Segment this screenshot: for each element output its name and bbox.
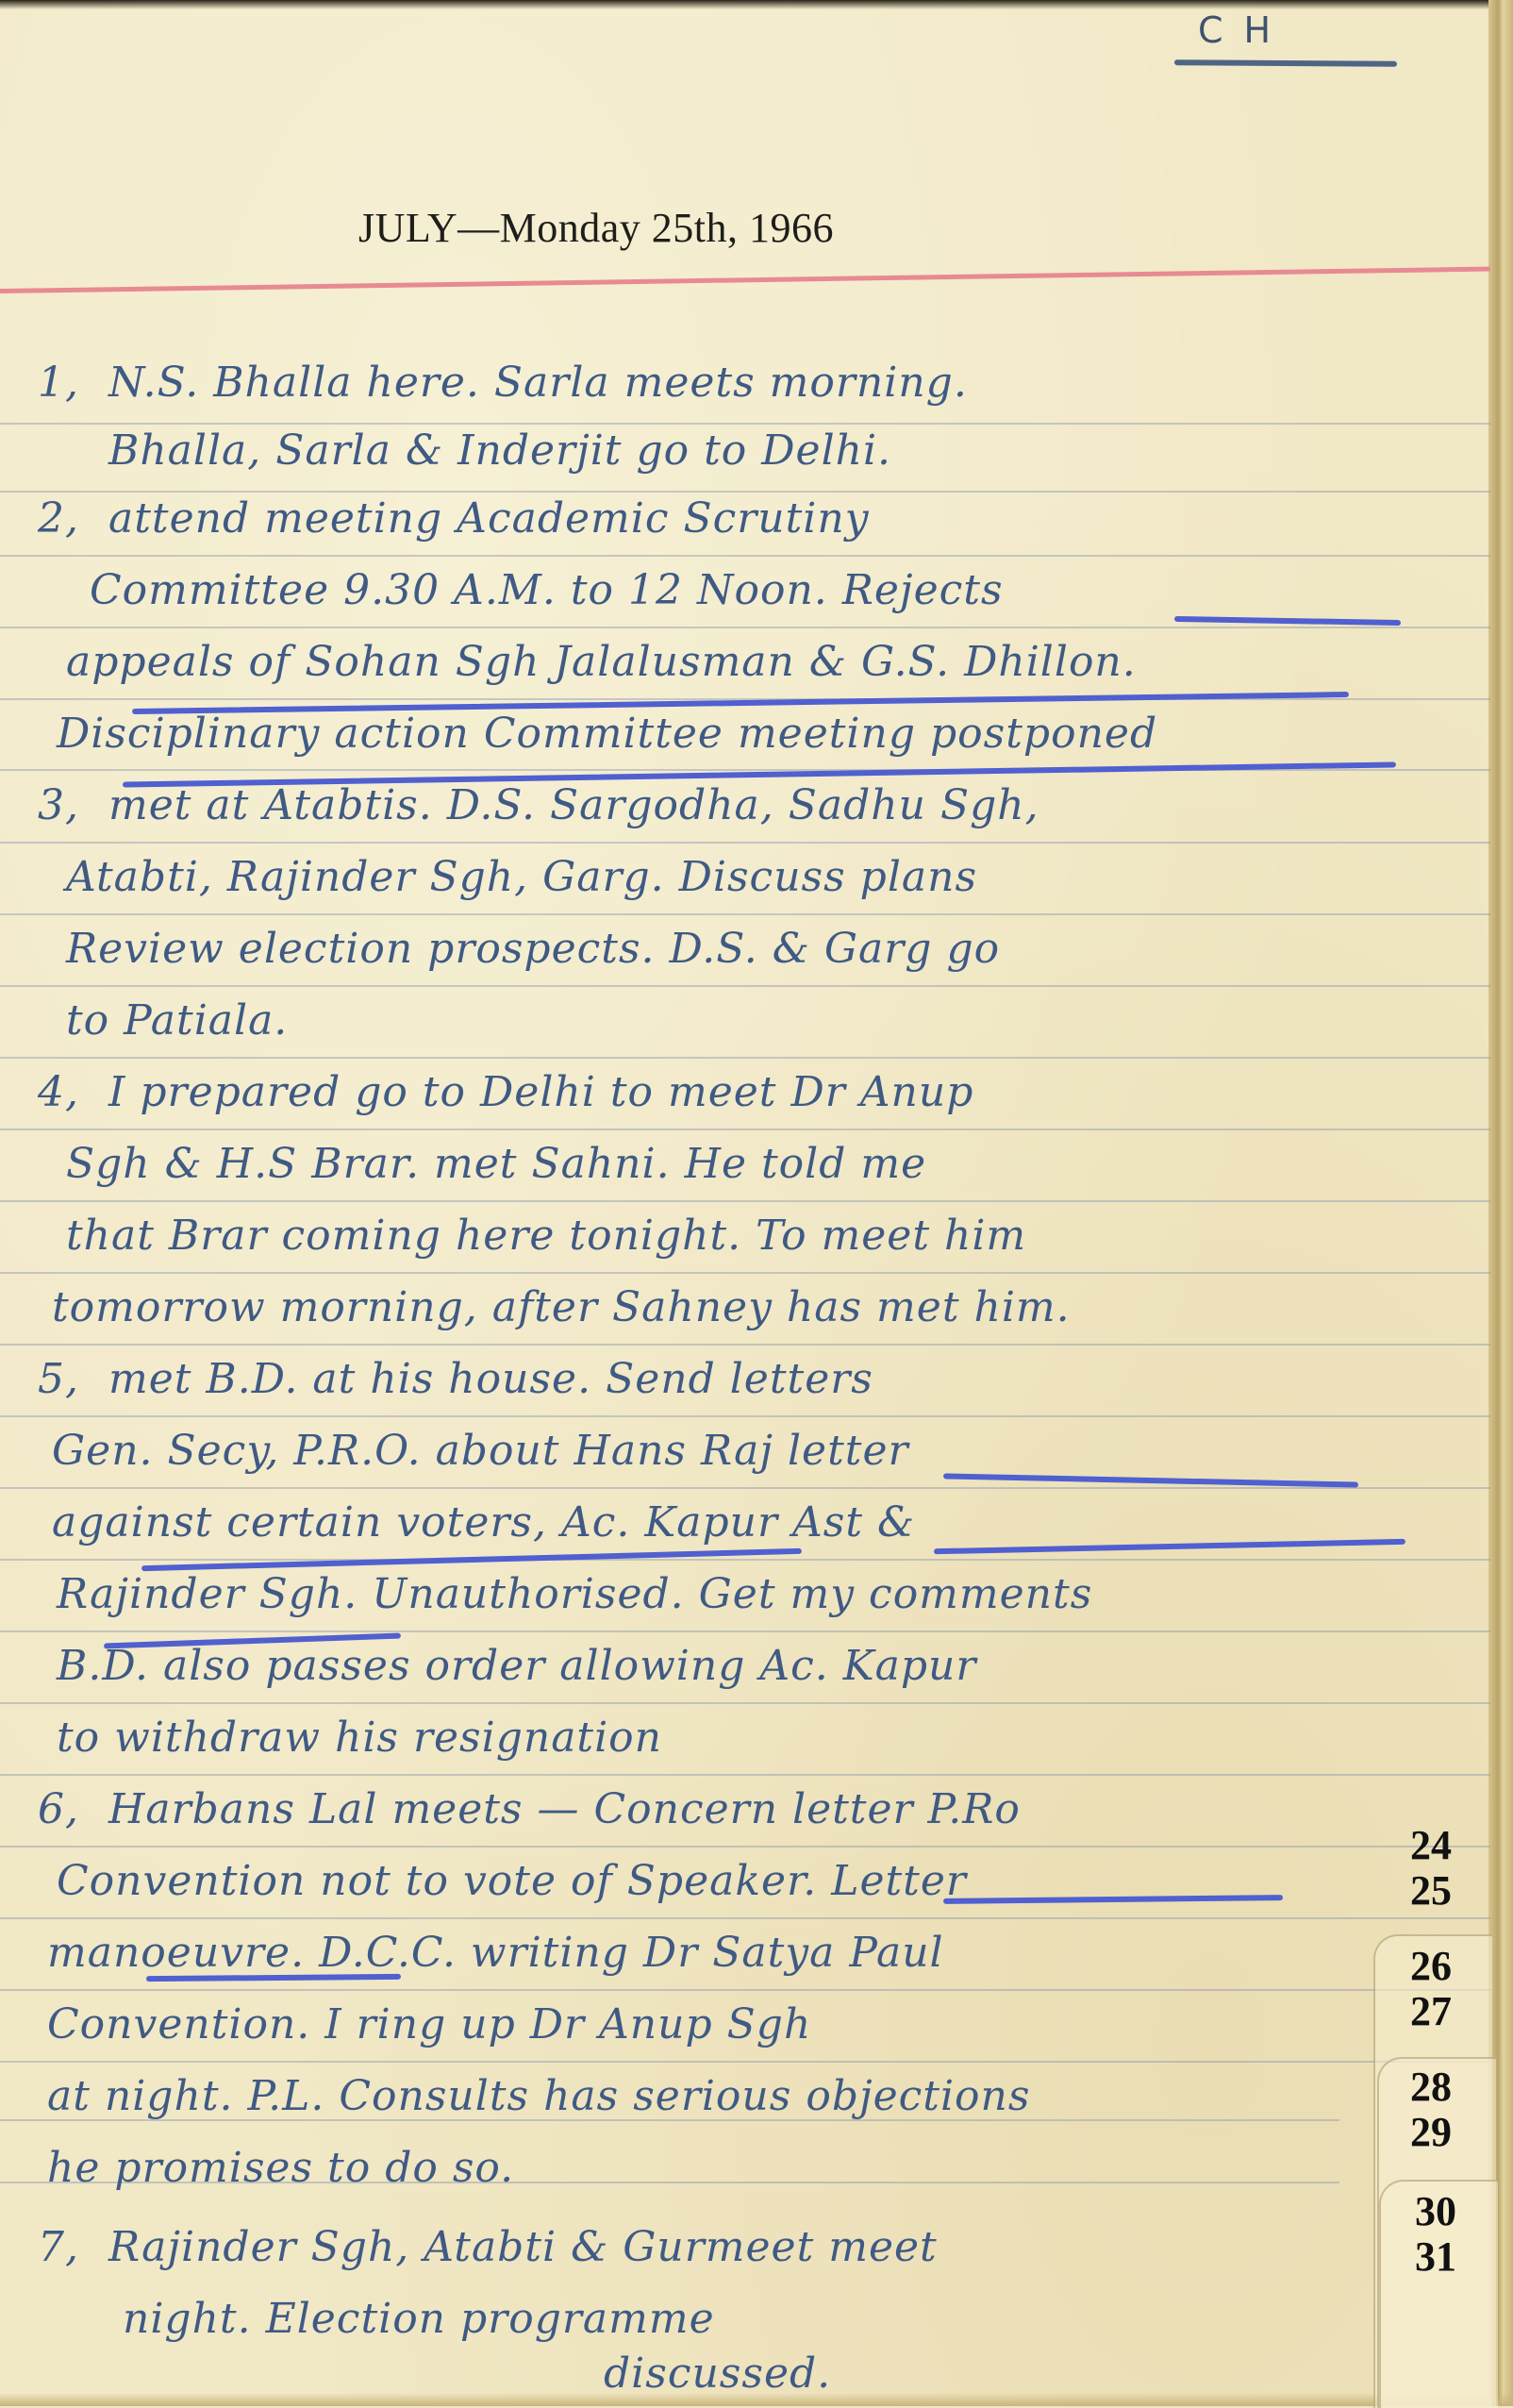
day-tab-31[interactable]: 31 [1415,2232,1456,2281]
day-tab-27[interactable]: 27 [1410,1987,1452,2035]
ruled-line [0,555,1490,557]
entry-2-number: 2, [38,494,79,543]
handwritten-line: that Brar coming here tonight. To meet h… [66,1212,1026,1260]
ink-underline [943,1895,1283,1904]
handwritten-line: Bhalla, Sarla & Inderjit go to Delhi. [108,426,891,475]
handwritten-line: N.S. Bhalla here. Sarla meets morning. [108,359,968,407]
handwritten-line: manoeuvre. D.C.C. writing Dr Satya Paul [47,1929,944,1977]
entry-3-number: 3, [38,781,79,829]
ruled-line [0,2061,1490,2063]
handwritten-line: B.D. also passes order allowing Ac. Kapu… [57,1642,976,1690]
ruled-line [0,1057,1490,1059]
ruled-line [0,1200,1490,1202]
handwritten-line: Sgh & H.S Brar. met Sahni. He told me [66,1140,926,1188]
ruled-line [0,1487,1490,1489]
ruled-line [0,491,1490,493]
handwritten-line: tomorrow morning, after Sahney has met h… [52,1283,1071,1331]
ink-underline [146,1974,401,1982]
day-tab-25[interactable]: 25 [1410,1866,1452,1915]
ink-underline [1174,616,1401,626]
handwritten-line: to withdraw his resignation [57,1714,662,1762]
ruled-line [0,1917,1490,1919]
ruled-line [0,627,1490,628]
ruled-line [0,1846,1490,1848]
handwritten-line: Gen. Secy, P.R.O. about Hans Raj letter [52,1427,909,1475]
day-tab-26[interactable]: 26 [1410,1942,1452,1990]
ruled-line [0,423,1490,425]
handwritten-line: Convention. I ring up Dr Anup Sgh [47,2000,811,2048]
ink-underline [943,1473,1358,1487]
day-tab-30[interactable]: 30 [1415,2187,1456,2235]
handwritten-line: met at Atabtis. D.S. Sargodha, Sadhu Sgh… [108,781,1039,829]
entry-1-number: 1, [38,359,79,407]
day-tab-28[interactable]: 28 [1410,2063,1452,2111]
handwritten-line: night. Election programme [123,2295,715,2343]
entry-6-number: 6, [38,1785,79,1833]
ruled-line [0,1129,1490,1130]
handwritten-line: Committee 9.30 A.M. to 12 Noon. Rejects [90,566,1004,614]
entry-7-number: 7, [38,2223,79,2271]
handwritten-line: at night. P.L. Consults has serious obje… [47,2072,1030,2120]
corner-initials: CH [1198,9,1291,51]
handwritten-line: Harbans Lal meets — Concern letter P.Ro [108,1785,1021,1833]
handwritten-line: Disciplinary action Committee meeting po… [57,710,1157,758]
handwritten-line: against certain voters, Ac. Kapur Ast & [52,1498,915,1547]
ruled-line [0,1415,1490,1417]
handwritten-line: he promises to do so. [47,2144,514,2192]
ruled-line [0,1272,1490,1274]
handwritten-line: discussed. [604,2349,831,2398]
day-tab-29[interactable]: 29 [1410,2108,1452,2156]
ruled-line [0,913,1490,915]
handwritten-line: I prepared go to Delhi to meet Dr Anup [108,1068,973,1116]
handwritten-line: met B.D. at his house. Send letters [108,1355,873,1403]
ruled-line [0,1630,1490,1632]
diary-page: CH JULY—Monday 25th, 1966 1, N.S. Bhalla… [0,0,1513,2406]
handwritten-line: Rajinder Sgh, Atabti & Gurmeet meet [108,2223,938,2271]
handwritten-line: appeals of Sohan Sgh Jalalusman & G.S. D… [66,638,1137,686]
handwritten-line: attend meeting Academic Scrutiny [108,494,870,543]
entry-5-number: 5, [38,1355,79,1403]
ruled-line [0,985,1490,987]
day-tab-24[interactable]: 24 [1410,1821,1452,1869]
header-red-rule [0,267,1490,293]
handwritten-line: Review election prospects. D.S. & Garg g… [66,925,1000,973]
ruled-line [0,842,1490,844]
handwritten-line: to Patiala. [66,996,288,1045]
corner-initials-underline [1174,59,1397,67]
ruled-line [0,1559,1490,1561]
handwritten-line: Atabti, Rajinder Sgh, Garg. Discuss plan… [66,853,977,901]
ruled-line [0,1989,1490,1991]
ruled-line [0,1702,1490,1704]
handwritten-line: Convention not to vote of Speaker. Lette… [57,1857,967,1905]
entry-4-number: 4, [38,1068,79,1116]
page-date-header: JULY—Monday 25th, 1966 [358,204,834,252]
page-top-shadow [0,0,1513,9]
handwritten-line: Rajinder Sgh. Unauthorised. Get my comme… [57,1570,1092,1618]
ink-underline [934,1539,1405,1554]
ruled-line [0,1774,1490,1776]
ruled-line [0,1344,1490,1346]
